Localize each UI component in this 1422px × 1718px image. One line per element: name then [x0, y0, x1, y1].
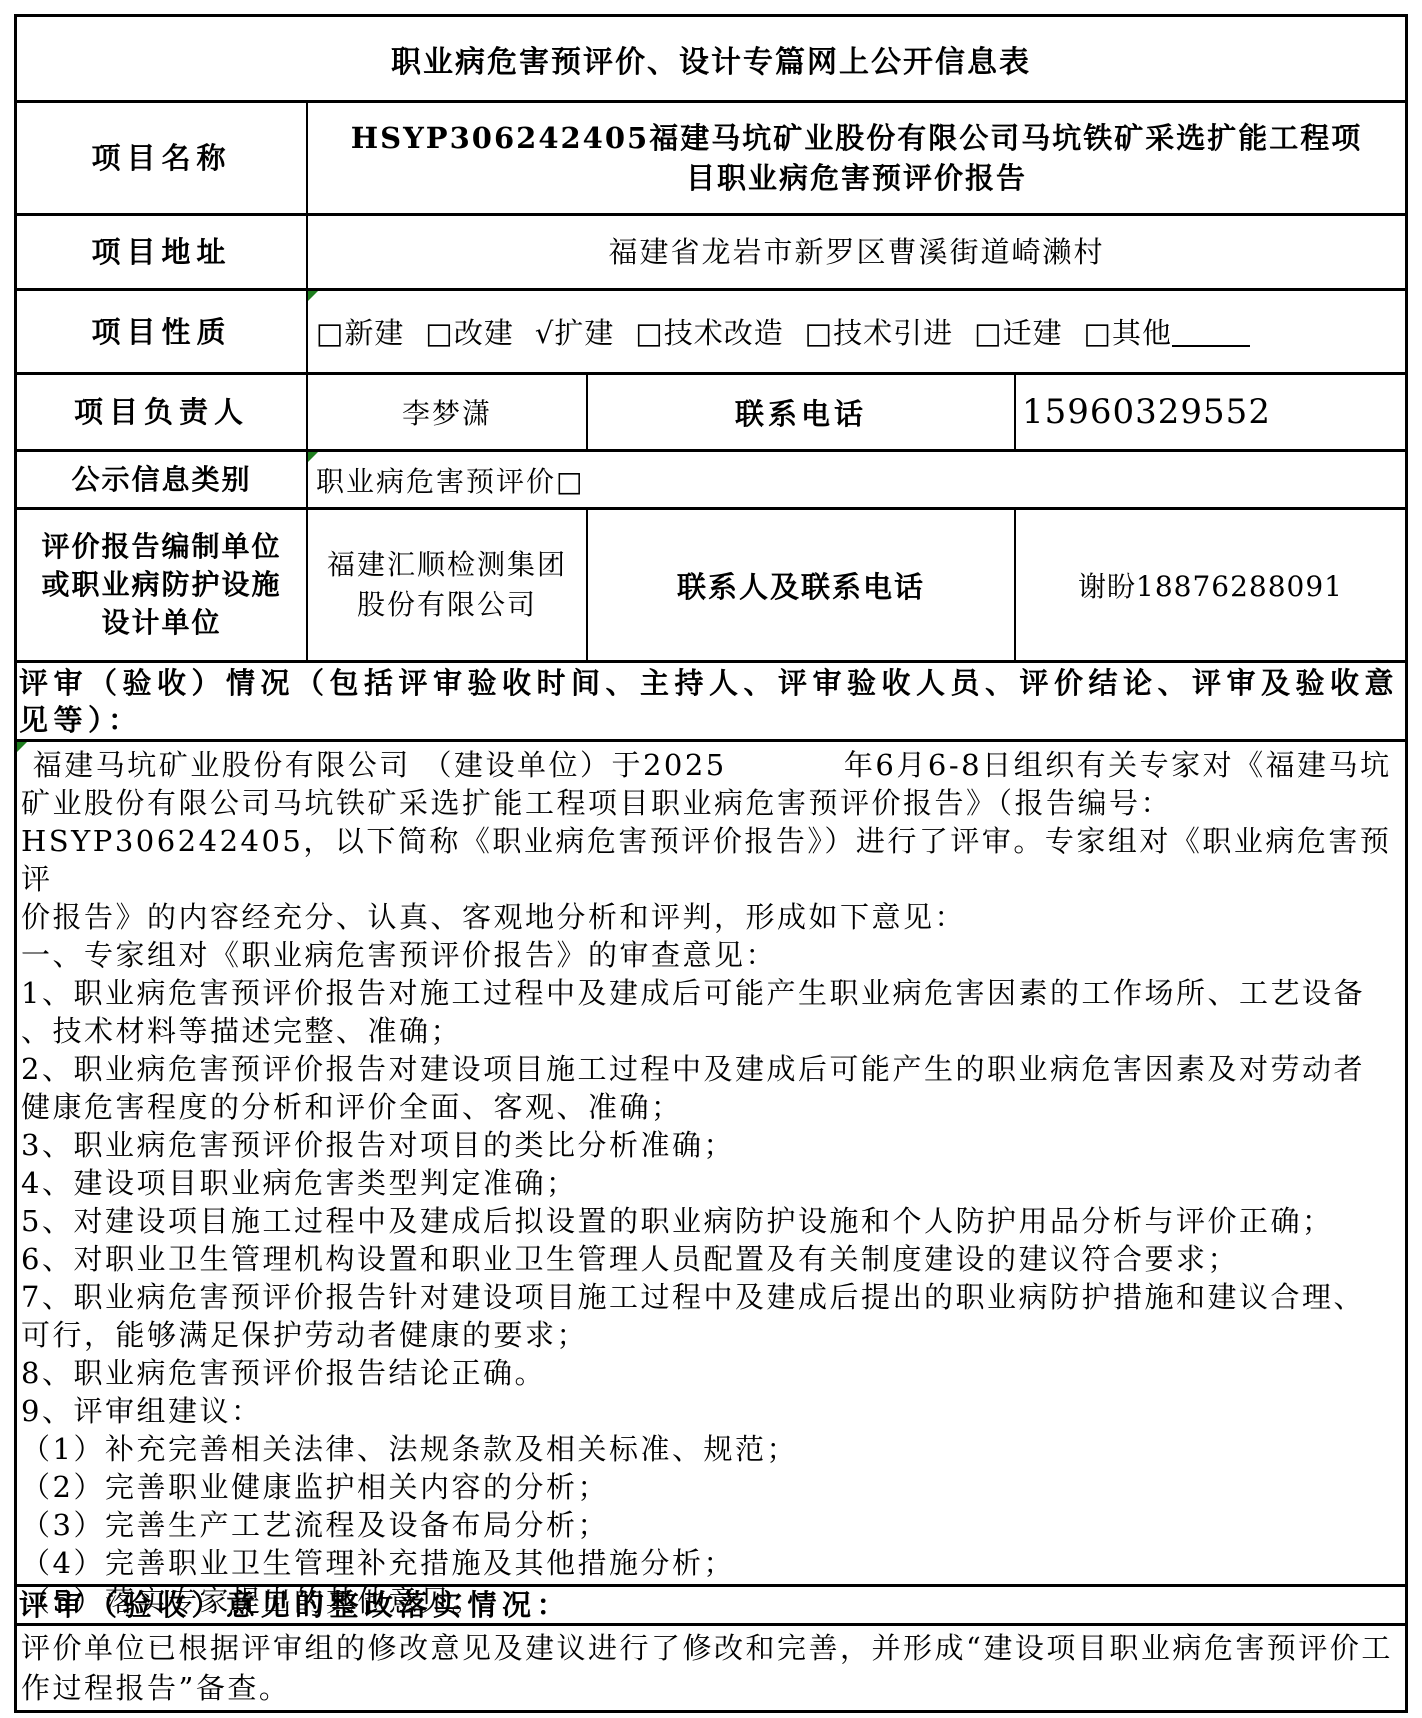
report-unit-label: 评价报告编制单位 或职业病防护设施 设计单位	[17, 510, 308, 660]
review-line: （5）落实专家提出的其他意见。	[21, 1582, 1401, 1620]
review-line: 8、职业病危害预评价报告结论正确。	[21, 1354, 1401, 1392]
review-line: 健康危害程度的分析和评价全面、客观、准确；	[21, 1088, 1401, 1126]
review-line: 5、对建设项目施工过程中及建成后拟设置的职业病防护设施和个人防护用品分析与评价正…	[21, 1202, 1401, 1240]
checkbox-icon: □	[316, 316, 344, 350]
cell-comment-marker-icon	[17, 742, 27, 752]
nature-option-tech-import[interactable]: □技术引进	[805, 311, 953, 352]
review-section-header: 评审（验收）情况（包括评审验收时间、主持人、评审验收人员、评价结论、评审及验收意…	[17, 663, 1405, 742]
project-name-value: HSYP306242405福建马坑矿业股份有限公司马坑铁矿采选扩能工程项目职业病…	[308, 103, 1405, 213]
review-line: HSYP306242405，以下简称《职业病危害预评价报告》）进行了评审。专家组…	[21, 822, 1401, 898]
row-project-leader: 项目负责人 李梦潇 联系电话 15960329552	[17, 375, 1405, 452]
review-line: （4）完善职业卫生管理补充措施及其他措施分析；	[21, 1544, 1401, 1582]
report-unit-value: 福建汇顺检测集团股份有限公司	[308, 510, 588, 660]
checkbox-icon: □	[805, 316, 833, 350]
row-report-unit: 评价报告编制单位 或职业病防护设施 设计单位 福建汇顺检测集团股份有限公司 联系…	[17, 510, 1405, 663]
review-line: （1）补充完善相关法律、法规条款及相关标准、规范；	[21, 1430, 1401, 1468]
checkbox-icon: □	[635, 316, 663, 350]
checkbox-icon: □	[1084, 316, 1112, 350]
checkmark-icon: √	[535, 316, 554, 350]
project-nature-value: □新建 □改建 √扩建 □技术改造 □技术引进 □迁建 □其他	[308, 291, 1405, 372]
public-info-type-label: 公示信息类别	[17, 452, 308, 507]
row-project-name: 项目名称 HSYP306242405福建马坑矿业股份有限公司马坑铁矿采选扩能工程…	[17, 103, 1405, 216]
page-title: 职业病危害预评价、设计专篇网上公开信息表	[391, 37, 1031, 81]
review-line: 可行，能够满足保护劳动者健康的要求；	[21, 1316, 1401, 1354]
project-address-label: 项目地址	[17, 216, 308, 288]
review-line: 6、对职业卫生管理机构设置和职业卫生管理人员配置及有关制度建设的建议符合要求；	[21, 1240, 1401, 1278]
nature-option-rebuild[interactable]: □改建	[425, 311, 513, 352]
review-line: 矿业股份有限公司马坑铁矿采选扩能工程项目职业病危害预评价报告》（报告编号：	[21, 784, 1401, 822]
public-info-type-value: 职业病危害预评价□	[308, 452, 1405, 507]
review-line: 7、职业病危害预评价报告针对建设项目施工过程中及建成后提出的职业病防护措施和建议…	[21, 1278, 1401, 1316]
review-line: （3）完善生产工艺流程及设备布局分析；	[21, 1506, 1401, 1544]
contact-phone-label: 联系电话	[588, 375, 1016, 449]
contact-phone-value: 15960329552	[1016, 375, 1405, 449]
review-line: 4、建设项目职业病危害类型判定准确；	[21, 1164, 1401, 1202]
row-project-nature: 项目性质 □新建 □改建 √扩建 □技术改造 □技术引进 □迁建 □其他	[17, 291, 1405, 375]
project-address-value: 福建省龙岩市新罗区曹溪街道崎濑村	[308, 216, 1405, 288]
review-line: 1、职业病危害预评价报告对施工过程中及建成后可能产生职业病危害因素的工作场所、工…	[21, 974, 1401, 1012]
rectification-section-content: 评价单位已根据评审组的修改意见及建议进行了修改和完善，并形成“建设项目职业病危害…	[17, 1626, 1405, 1710]
project-name-label: 项目名称	[17, 103, 308, 213]
review-line: 福建马坑矿业股份有限公司 （建设单位）于2025 年6月6-8日组织有关专家对《…	[21, 746, 1401, 784]
report-unit-contact-value: 谢盼18876288091	[1016, 510, 1405, 660]
other-fill-in-line	[1172, 317, 1250, 347]
review-line: 9、评审组建议：	[21, 1392, 1401, 1430]
review-section-content: 福建马坑矿业股份有限公司 （建设单位）于2025 年6月6-8日组织有关专家对《…	[17, 742, 1405, 1587]
report-unit-contact-label: 联系人及联系电话	[588, 510, 1016, 660]
nature-option-expand[interactable]: √扩建	[535, 311, 615, 352]
cell-comment-marker-icon	[308, 452, 318, 462]
nature-option-new[interactable]: □新建	[316, 311, 404, 352]
nature-option-relocate[interactable]: □迁建	[974, 311, 1062, 352]
review-line: 、技术材料等描述完整、准确；	[21, 1012, 1401, 1050]
checkbox-icon: □	[425, 316, 453, 350]
cell-comment-marker-icon	[308, 291, 318, 301]
review-line: 一、专家组对《职业病危害预评价报告》的审查意见：	[21, 936, 1401, 974]
row-project-address: 项目地址 福建省龙岩市新罗区曹溪街道崎濑村	[17, 216, 1405, 291]
title-row: 职业病危害预评价、设计专篇网上公开信息表	[17, 17, 1405, 103]
checkbox-icon: □	[974, 316, 1002, 350]
project-nature-label: 项目性质	[17, 291, 308, 372]
info-table: 职业病危害预评价、设计专篇网上公开信息表 项目名称 HSYP306242405福…	[14, 14, 1408, 1713]
review-line: 2、职业病危害预评价报告对建设项目施工过程中及建成后可能产生的职业病危害因素及对…	[21, 1050, 1401, 1088]
review-line: 价报告》的内容经充分、认真、客观地分析和评判，形成如下意见：	[21, 898, 1401, 936]
review-line: （2）完善职业健康监护相关内容的分析；	[21, 1468, 1401, 1506]
nature-option-other[interactable]: □其他	[1084, 311, 1172, 352]
review-line: 3、职业病危害预评价报告对项目的类比分析准确；	[21, 1126, 1401, 1164]
nature-option-tech-upgrade[interactable]: □技术改造	[635, 311, 783, 352]
project-leader-name: 李梦潇	[308, 375, 588, 449]
row-public-info-type: 公示信息类别 职业病危害预评价□	[17, 452, 1405, 510]
project-leader-label: 项目负责人	[17, 375, 308, 449]
